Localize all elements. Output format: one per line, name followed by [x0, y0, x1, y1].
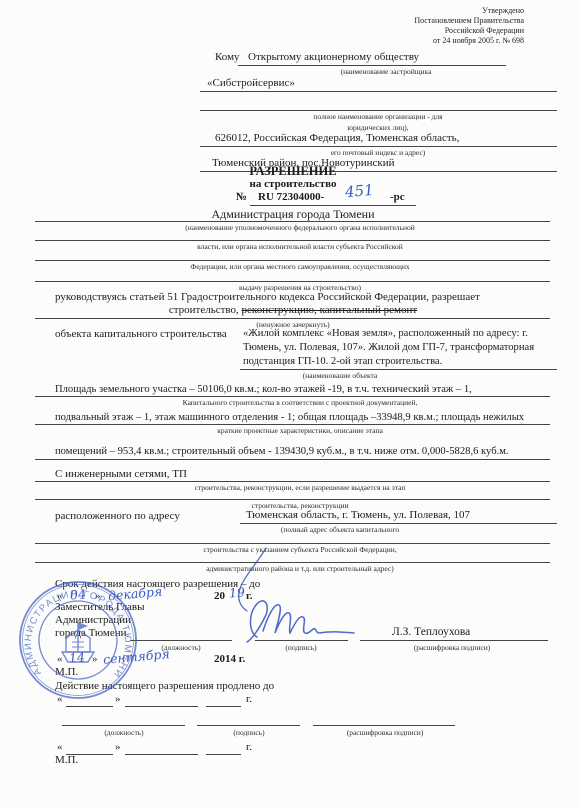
addressee-komu-label: Кому	[215, 51, 240, 64]
object-name-line1: «Жилой комплекс «Новая земля», расположе…	[243, 327, 528, 340]
addressee-caption-4: его почтовый индекс и адрес)	[331, 148, 426, 157]
address-caption-1: (полный адрес объекта капитального	[281, 525, 399, 534]
field-rule	[200, 110, 557, 111]
construction-permit-document: Утверждено Постановлением Правительства …	[0, 0, 580, 808]
specs-line4: С инженерными сетями, ТП	[55, 468, 187, 481]
administration-stamp: АДМИНИСТРАЦИЯ ГОРОДА ТЮМЕНИ	[16, 578, 140, 702]
field-rule	[238, 65, 506, 66]
addressee-org-name-line1: Открытому акционерному обществу	[248, 51, 419, 64]
address-value: Тюменская область, г. Тюмень, ул. Полева…	[246, 509, 470, 522]
extension-year-suffix-2: г.	[246, 741, 252, 754]
field-rule	[35, 481, 550, 482]
approval-block: Утверждено Постановлением Правительства …	[414, 6, 524, 46]
quote-open: «	[57, 741, 63, 754]
position-caption-2: (должность)	[104, 728, 143, 737]
blank-month-rule-2	[125, 754, 198, 755]
approval-line: Постановлением Правительства	[414, 16, 524, 26]
name-rule-2	[313, 725, 455, 726]
field-rule	[35, 543, 550, 544]
addressee-caption-3: юридических лиц),	[347, 123, 408, 132]
field-rule	[35, 562, 550, 563]
field-rule	[35, 260, 550, 261]
permit-action-struck: реконструкцию, капитальный ремонт	[242, 304, 418, 316]
extension-year-suffix: г.	[246, 693, 252, 706]
approval-line: Утверждено	[414, 6, 524, 16]
object-name-line3: подстанция ГП-10. 2-ой этап строительств…	[243, 355, 442, 368]
addressee-caption-2: полное наименование организации - для	[313, 112, 442, 121]
field-rule	[200, 91, 557, 92]
field-rule	[35, 281, 550, 282]
specs-caption-1: Капитального строительства в соответстви…	[183, 398, 418, 407]
specs-line1: Площадь земельного участка – 50106,0 кв.…	[55, 383, 472, 396]
field-rule	[240, 523, 557, 524]
field-rule	[200, 146, 557, 147]
object-name-line2: Тюмень, ул. Полевая, 107». Жилой дом ГП-…	[243, 341, 534, 354]
pen-flourish	[228, 546, 270, 614]
addressee-org-name-line2: «Сибстройсервис»	[207, 77, 295, 90]
field-rule	[35, 499, 550, 500]
addressee-address-line1: 626012, Российская Федерация, Тюменская …	[215, 132, 459, 145]
name-caption: (расшифровка подписи)	[414, 643, 491, 652]
permit-number-suffix: -рс	[390, 191, 405, 204]
specs-line2: подвальный этаж – 1, этаж машинного отде…	[55, 411, 524, 424]
signature-rule-2	[197, 725, 300, 726]
field-rule	[35, 424, 550, 425]
blank-year-rule	[206, 706, 241, 707]
document-subtitle: на строительство	[250, 178, 337, 190]
seal-place-label-2: М.П.	[55, 754, 78, 767]
object-caption: (наименование объекта	[303, 371, 378, 380]
issue-year: 2014 г.	[214, 653, 245, 666]
object-label: объекта капитального строительства	[55, 328, 227, 341]
approval-line: от 24 ноября 2005 г. № 698	[414, 36, 524, 46]
permit-action-kept: строительство,	[169, 304, 239, 316]
blank-year-rule-2	[206, 754, 241, 755]
position-rule	[130, 640, 232, 641]
authority-caption-3: Федерации, или органа местного самоуправ…	[190, 262, 409, 271]
address-label: расположенного по адресу	[55, 510, 180, 523]
field-rule	[35, 240, 550, 241]
document-title: РАЗРЕШЕНИЕ	[249, 164, 336, 179]
position-rule-2	[62, 725, 185, 726]
permit-intro: руководствуясь статьей 51 Градостроитель…	[55, 291, 480, 304]
permit-number-printed: RU 72304000-	[258, 191, 324, 204]
name-rule	[360, 640, 548, 641]
specs-line3: помещений – 953,4 кв.м.; строительный об…	[55, 445, 509, 458]
field-rule	[250, 205, 416, 206]
blank-month-rule	[125, 706, 198, 707]
permit-number-handwritten: 451	[344, 184, 374, 199]
signer-name: Л.З. Теплоухова	[392, 626, 470, 639]
quote-close: »	[115, 741, 121, 754]
field-rule	[35, 396, 550, 397]
signature-caption-2: (подпись)	[233, 728, 264, 737]
field-rule	[35, 459, 550, 460]
specs-caption-3: строительства, реконструкции, если разре…	[195, 483, 406, 492]
specs-caption-2: краткие проектные характеристики, описан…	[217, 426, 383, 435]
authority-caption-2: власти, или органа исполнительной власти…	[197, 242, 403, 251]
addressee-caption-1: (наименование застройщика	[341, 67, 432, 76]
permit-number-sign: №	[236, 191, 247, 204]
blank-day-rule	[66, 706, 113, 707]
name-caption-2: (расшифровка подписи)	[347, 728, 424, 737]
field-rule	[240, 369, 557, 370]
validity-year-prefix: 20	[214, 590, 225, 603]
authority-caption-1: (наименование уполномоченного федерально…	[185, 223, 414, 232]
authority-name: Администрация города Тюмени	[211, 207, 374, 222]
stamp-ship-emblem	[62, 622, 94, 662]
field-rule	[35, 221, 550, 222]
field-rule	[35, 318, 550, 319]
approval-line: Российской Федерации	[414, 26, 524, 36]
